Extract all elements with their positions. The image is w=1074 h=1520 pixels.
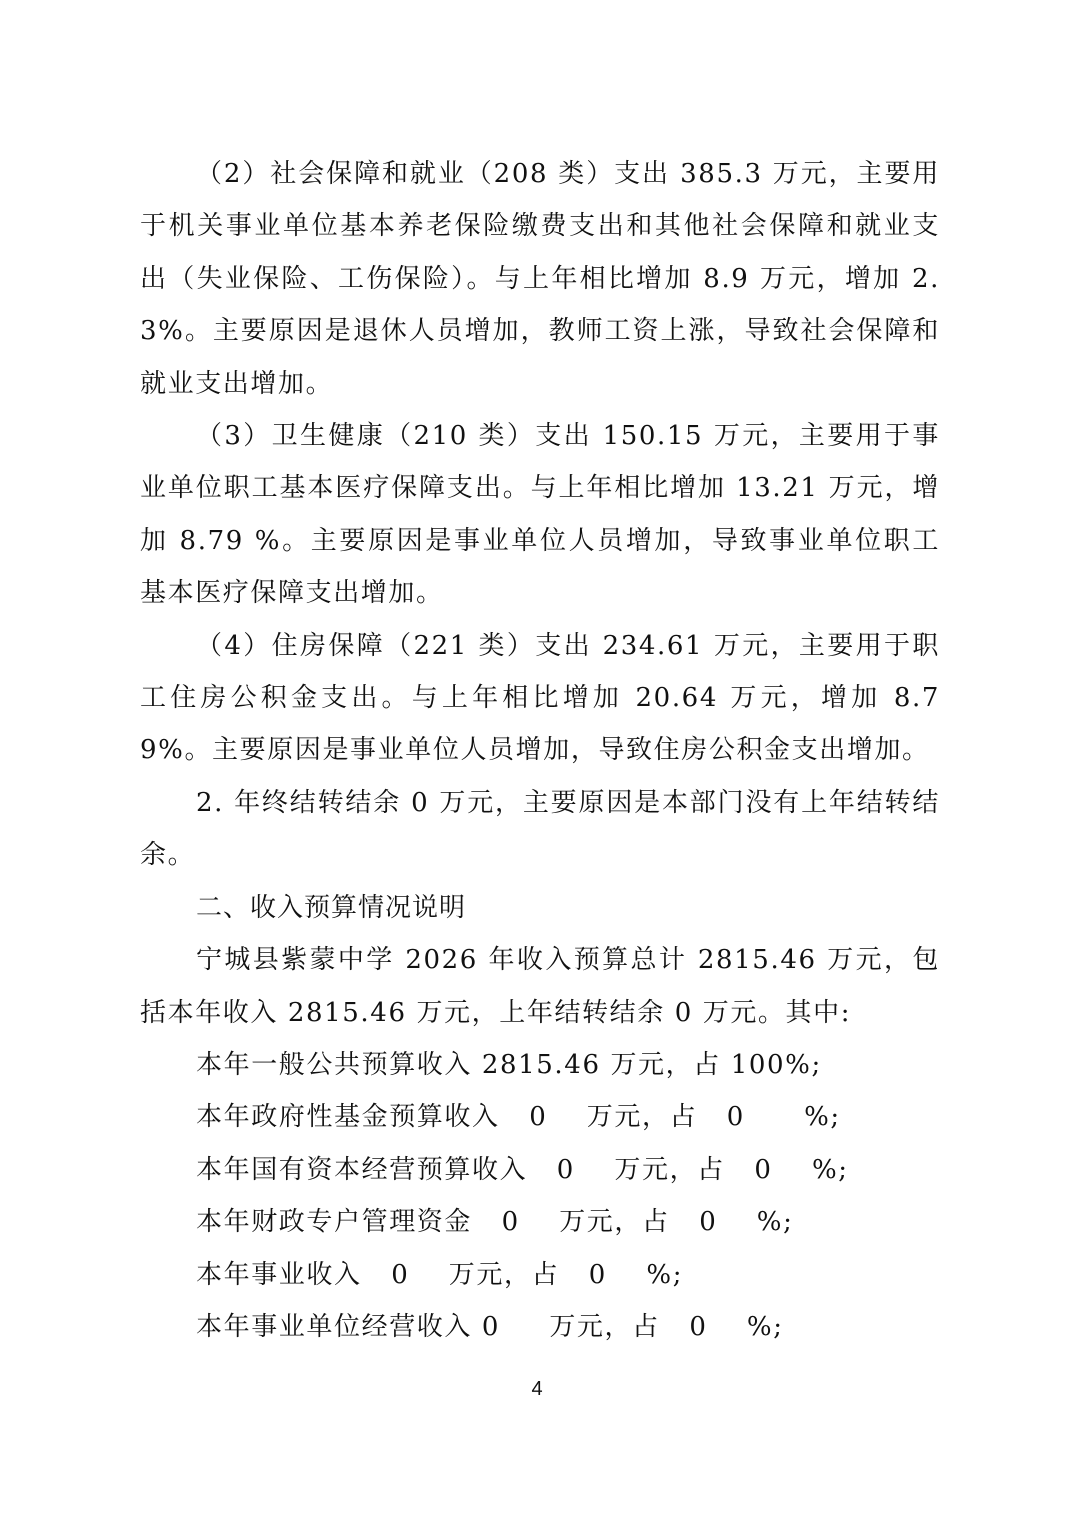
paragraph-health-expenditure: （3）卫生健康（210 类）支出 150.15 万元，主要用于事业单位职工基本医… xyxy=(140,410,940,620)
income-items-list: 本年一般公共预算收入 2815.46 万元，占 100%; 本年政府性基金预算收… xyxy=(140,1039,940,1353)
income-item-operating-income: 本年事业单位经营收入 0 万元，占 0 %; xyxy=(140,1301,940,1353)
income-item-business-income: 本年事业收入 0 万元，占 0 %; xyxy=(140,1249,940,1301)
income-item-state-capital: 本年国有资本经营预算收入 0 万元，占 0 %; xyxy=(140,1144,940,1196)
income-item-general-public-budget: 本年一般公共预算收入 2815.46 万元，占 100%; xyxy=(140,1039,940,1091)
income-item-special-account-funds: 本年财政专户管理资金 0 万元，占 0 %; xyxy=(140,1196,940,1248)
paragraph-year-end-balance: 2. 年终结转结余 0 万元，主要原因是本部门没有上年结转结余。 xyxy=(140,777,940,882)
page-number: 4 xyxy=(0,1378,1074,1401)
income-item-government-fund: 本年政府性基金预算收入 0 万元，占 0 %; xyxy=(140,1091,940,1143)
section-heading-income-budget: 二、收入预算情况说明 xyxy=(140,882,940,934)
paragraph-social-security-expenditure: （2）社会保障和就业（208 类）支出 385.3 万元，主要用于机关事业单位基… xyxy=(140,148,940,410)
document-body: （2）社会保障和就业（208 类）支出 385.3 万元，主要用于机关事业单位基… xyxy=(140,148,940,1353)
paragraph-income-summary: 宁城县紫蒙中学 2026 年收入预算总计 2815.46 万元，包括本年收入 2… xyxy=(140,934,940,1039)
document-page: （2）社会保障和就业（208 类）支出 385.3 万元，主要用于机关事业单位基… xyxy=(0,0,1074,1520)
paragraph-housing-expenditure: （4）住房保障（221 类）支出 234.61 万元，主要用于职工住房公积金支出… xyxy=(140,620,940,777)
